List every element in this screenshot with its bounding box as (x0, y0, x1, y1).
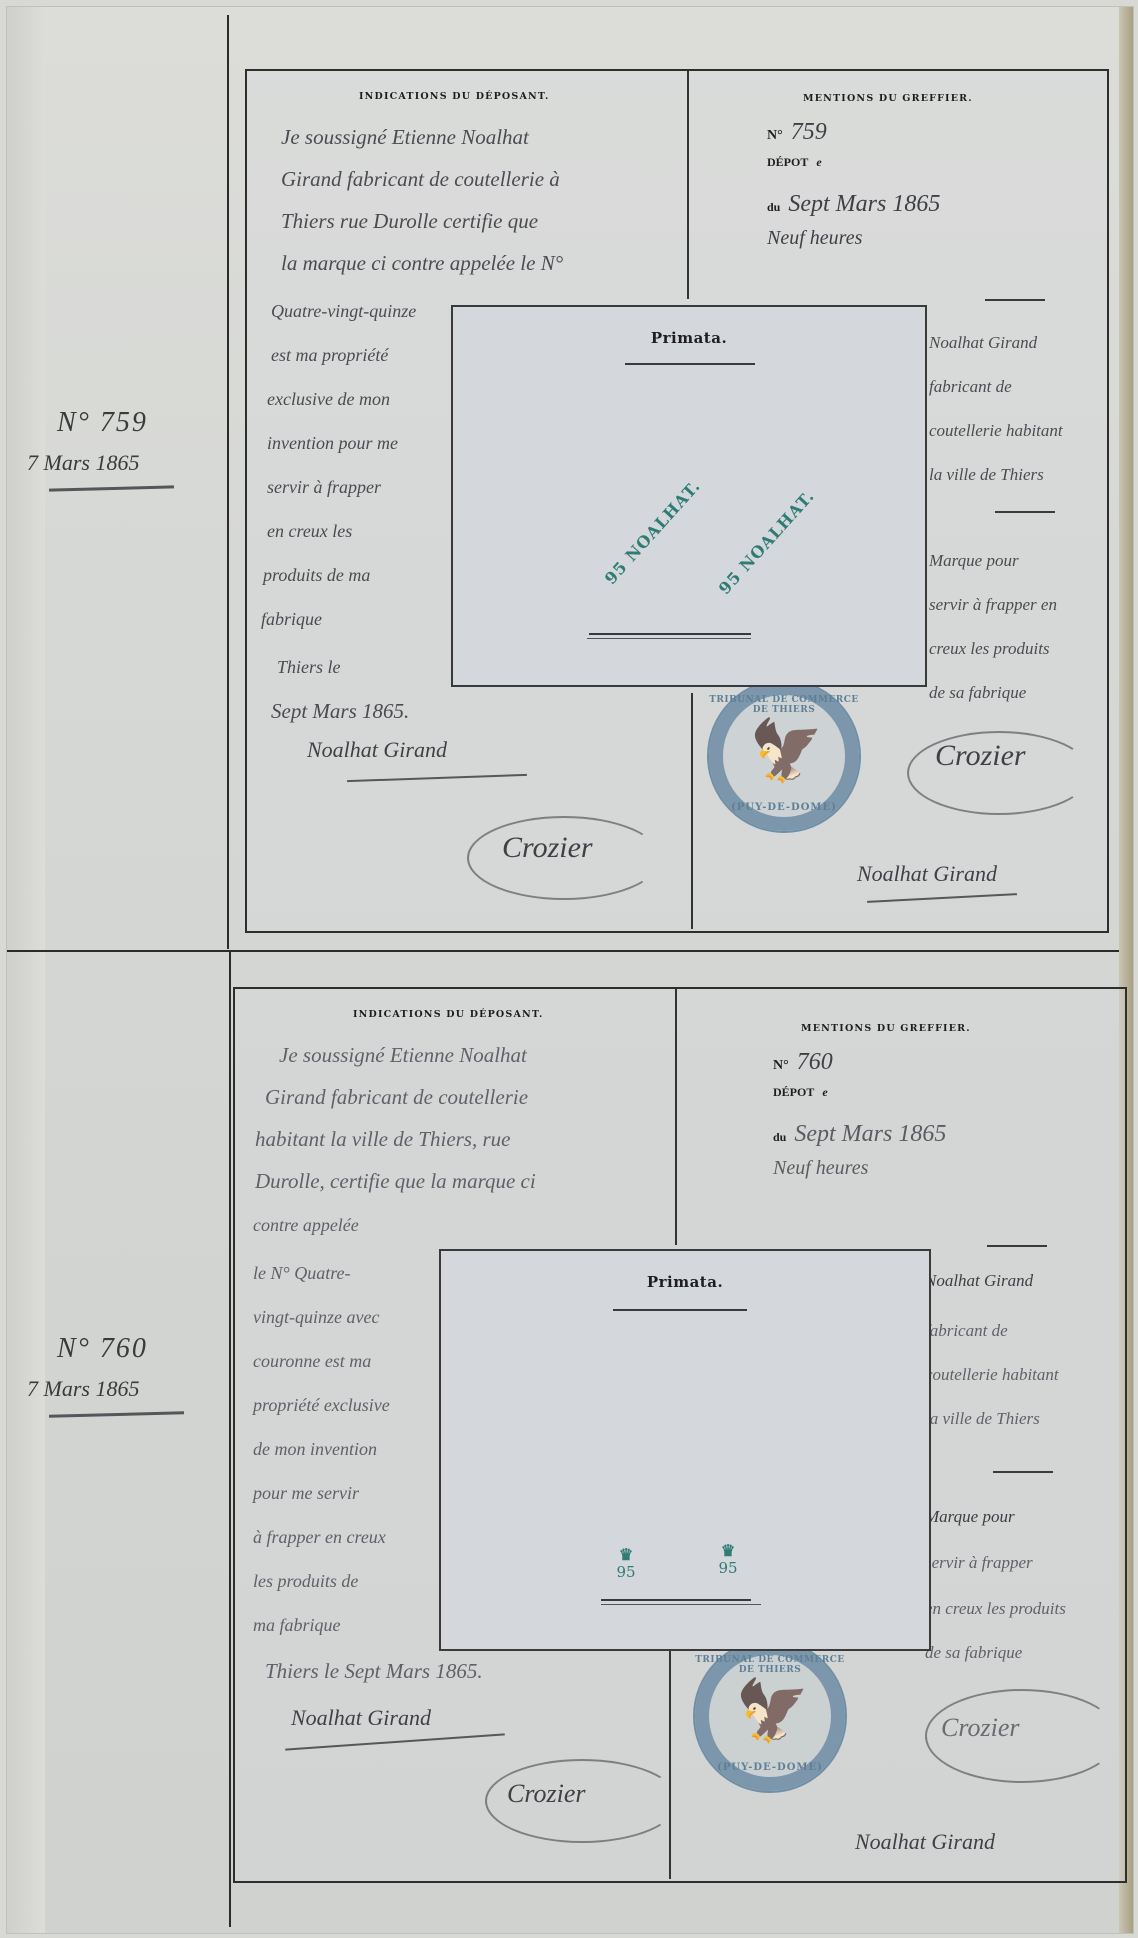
depositant-line: Quatre-vingt-quinze (271, 289, 416, 333)
greffier-owner-line: la ville de Thiers (925, 1397, 1040, 1441)
greffier-purpose-line: Marque pour (925, 1495, 1015, 1539)
mark-base-rule (589, 633, 751, 635)
depositant-line: Girand fabricant de coutellerie (265, 1075, 528, 1119)
greffier-purpose-line: servir à frapper en (929, 583, 1057, 627)
deposit-label: DÉPOT (773, 1085, 814, 1100)
mark-title-rule (613, 1309, 747, 1311)
mark-base-rule (601, 1604, 761, 1605)
depositant-line: en creux les (267, 509, 352, 553)
column-divider-lower (669, 1649, 671, 1879)
depositant-line: produits de ma (263, 553, 370, 597)
stamp-text: 95 (711, 1559, 745, 1577)
depositant-signature-right: Noalhat Girand (857, 861, 997, 887)
depositant-signature: Noalhat Girand (307, 737, 447, 763)
greffier-owner-line: la ville de Thiers (929, 453, 1044, 497)
mark-stamp-diagonal: 95 NOALHAT. (715, 486, 818, 598)
register-page: N° 759 7 Mars 1865 N° 760 7 Mars 1865 IN… (6, 6, 1134, 1934)
depositant-line: fabrique (261, 597, 322, 641)
deposit-number: 759 (791, 119, 827, 146)
signature-underline (285, 1733, 505, 1750)
signature-flourish (925, 1689, 1119, 1783)
greffier-rule (987, 1245, 1047, 1247)
greffier-rule (985, 299, 1045, 301)
mark-title: Primata. (453, 329, 925, 347)
stamp-text: 95 NOALHAT. (601, 476, 704, 588)
eagle-icon: 🦅 (735, 1671, 805, 1751)
greffier-purpose-line: creux les produits (929, 627, 1050, 671)
margin-note-underline (49, 485, 174, 491)
depositant-line: est ma propriété (271, 333, 388, 377)
greffier-rule (993, 1471, 1053, 1473)
depositant-line: propriété exclusive (253, 1383, 390, 1427)
heading-depositant: INDICATIONS DU DÉPOSANT. (353, 1009, 543, 1020)
tribunal-seal: TRIBUNAL DE COMMERCE DE THIERS 🦅 (PUY-DE… (693, 1639, 847, 1793)
depositant-signature-right: Noalhat Girand (855, 1829, 995, 1855)
greffier-rule (995, 511, 1055, 513)
heading-depositant: INDICATIONS DU DÉPOSANT. (359, 91, 549, 102)
depositant-line: vingt-quinze avec (253, 1295, 379, 1339)
greffier-purpose-line: de sa fabrique (925, 1631, 1022, 1675)
greffier-owner-line: coutellerie habitant (925, 1353, 1059, 1397)
heading-greffier: MENTIONS DU GREFFIER. (803, 93, 973, 104)
depositant-line: Je soussigné Etienne Noalhat (279, 1033, 527, 1077)
date-prefix: du (773, 1130, 786, 1145)
depositant-line: Sept Mars 1865. (271, 689, 409, 733)
deposit-number: 760 (797, 1049, 833, 1076)
depositant-line: les produits de (253, 1559, 358, 1603)
column-divider-upper (675, 989, 677, 1245)
depositant-line: de mon invention (253, 1427, 377, 1471)
deposit-label: DÉPOT (767, 155, 808, 170)
mark-title: Primata. (441, 1273, 929, 1291)
mark-base-rule (587, 638, 751, 639)
tribunal-seal: TRIBUNAL DE COMMERCE DE THIERS 🦅 (PUY-DE… (707, 679, 861, 833)
depositant-line: ma fabrique (253, 1603, 341, 1647)
depositant-line: Je soussigné Etienne Noalhat (281, 115, 529, 159)
greffier-purpose-line: servir à frapper (925, 1541, 1033, 1585)
depositant-line: contre appelée (253, 1203, 359, 1247)
signature-underline (347, 774, 527, 782)
depositant-line: Girand fabricant de coutellerie à (281, 157, 560, 201)
depositant-line: Thiers rue Durolle certifie que (281, 199, 538, 243)
stamp-text: 95 NOALHAT. (715, 486, 818, 598)
signature-underline (867, 893, 1017, 903)
depositant-line: habitant la ville de Thiers, rue (255, 1117, 510, 1161)
page-gutter (7, 7, 45, 1933)
greffier-purpose-line: de sa fabrique (929, 671, 1026, 715)
depositant-line: pour me servir (253, 1471, 359, 1515)
greffier-owner-line: Noalhat Girand (925, 1259, 1033, 1303)
deposit-date: Sept Mars 1865 (788, 191, 940, 218)
depositant-line: la marque ci contre appelée le N° (281, 241, 563, 285)
greffier-details: N°759 DÉPOTe duSept Mars 1865 Neuf heure… (767, 119, 940, 263)
margin-note-date: 7 Mars 1865 (27, 443, 197, 483)
deposit-time: Neuf heures (767, 227, 862, 250)
depositant-line: couronne est ma (253, 1339, 371, 1383)
deposit-date: Sept Mars 1865 (794, 1121, 946, 1148)
depositant-line: le N° Quatre- (253, 1251, 351, 1295)
column-divider-upper (687, 71, 689, 299)
depositant-line: Durolle, certifie que la marque ci (255, 1159, 536, 1203)
trademark-box-759: Primata. 95 NOALHAT. 95 NOALHAT. (451, 305, 927, 687)
margin-note-760: N° 760 7 Mars 1865 (27, 1329, 197, 1416)
eagle-icon: 🦅 (749, 711, 819, 791)
deposit-suffix: e (816, 155, 821, 170)
depositant-line: Thiers le (277, 645, 341, 689)
greffier-details: N°760 DÉPOTe duSept Mars 1865 Neuf heure… (773, 1049, 946, 1193)
greffier-purpose-line: en creux les produits (925, 1587, 1066, 1631)
depositant-line: exclusive de mon (267, 377, 390, 421)
depositant-line: servir à frapper (267, 465, 381, 509)
mark-stamp-diagonal: 95 NOALHAT. (601, 476, 704, 588)
trademark-box-760: Primata. ♛ 95 ♛ 95 (439, 1249, 931, 1651)
seal-text-bottom: (PUY-DE-DOME) (709, 802, 859, 813)
crown-icon: ♛ (609, 1547, 643, 1563)
mark-stamp-crown: ♛ 95 (711, 1543, 745, 1577)
depositant-line: Thiers le Sept Mars 1865. (265, 1649, 483, 1693)
margin-note-759: N° 759 7 Mars 1865 (27, 403, 197, 490)
number-label: N° (773, 1058, 789, 1074)
seal-text-bottom: (PUY-DE-DOME) (695, 1762, 845, 1773)
signature-flourish (907, 731, 1091, 815)
number-label: N° (767, 128, 783, 144)
greffier-purpose-line: Marque pour (929, 539, 1019, 583)
stamp-text: 95 (609, 1563, 643, 1581)
greffier-owner-line: fabricant de (929, 365, 1012, 409)
margin-note-number: N° 759 (27, 403, 197, 443)
crown-icon: ♛ (711, 1543, 745, 1559)
date-prefix: du (767, 200, 780, 215)
margin-rule-bottom (229, 951, 231, 1927)
column-divider-lower (691, 693, 693, 929)
heading-greffier: MENTIONS DU GREFFIER. (801, 1023, 971, 1034)
deposit-time: Neuf heures (773, 1157, 868, 1180)
depositant-line: invention pour me (267, 421, 398, 465)
entry-separator (7, 950, 1119, 952)
margin-note-underline (49, 1411, 184, 1418)
depositant-line: à frapper en creux (253, 1515, 386, 1559)
signature-flourish (467, 816, 661, 900)
margin-note-number: N° 760 (27, 1329, 197, 1369)
deposit-suffix: e (822, 1085, 827, 1100)
signature-flourish (485, 1759, 679, 1843)
greffier-owner-line: fabricant de (925, 1309, 1008, 1353)
margin-note-date: 7 Mars 1865 (27, 1369, 197, 1409)
mark-stamp-crown: ♛ 95 (609, 1547, 643, 1581)
mark-title-rule (625, 363, 755, 365)
mark-base-rule (601, 1599, 751, 1601)
margin-rule-top (227, 15, 229, 949)
depositant-signature: Noalhat Girand (291, 1705, 431, 1731)
greffier-owner-line: Noalhat Girand (929, 321, 1037, 365)
greffier-owner-line: coutellerie habitant (929, 409, 1063, 453)
